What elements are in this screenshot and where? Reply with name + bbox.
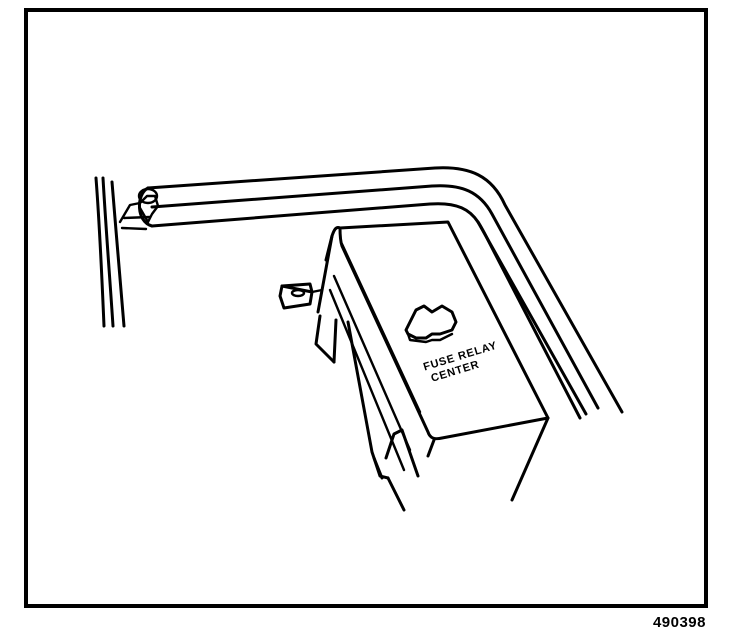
figure-number: 490398 (653, 614, 706, 631)
fuse-relay-center-illustration (0, 0, 736, 640)
pillar-trim-edge (96, 178, 124, 326)
cover-knob (406, 306, 456, 342)
mounting-tab (280, 284, 322, 308)
